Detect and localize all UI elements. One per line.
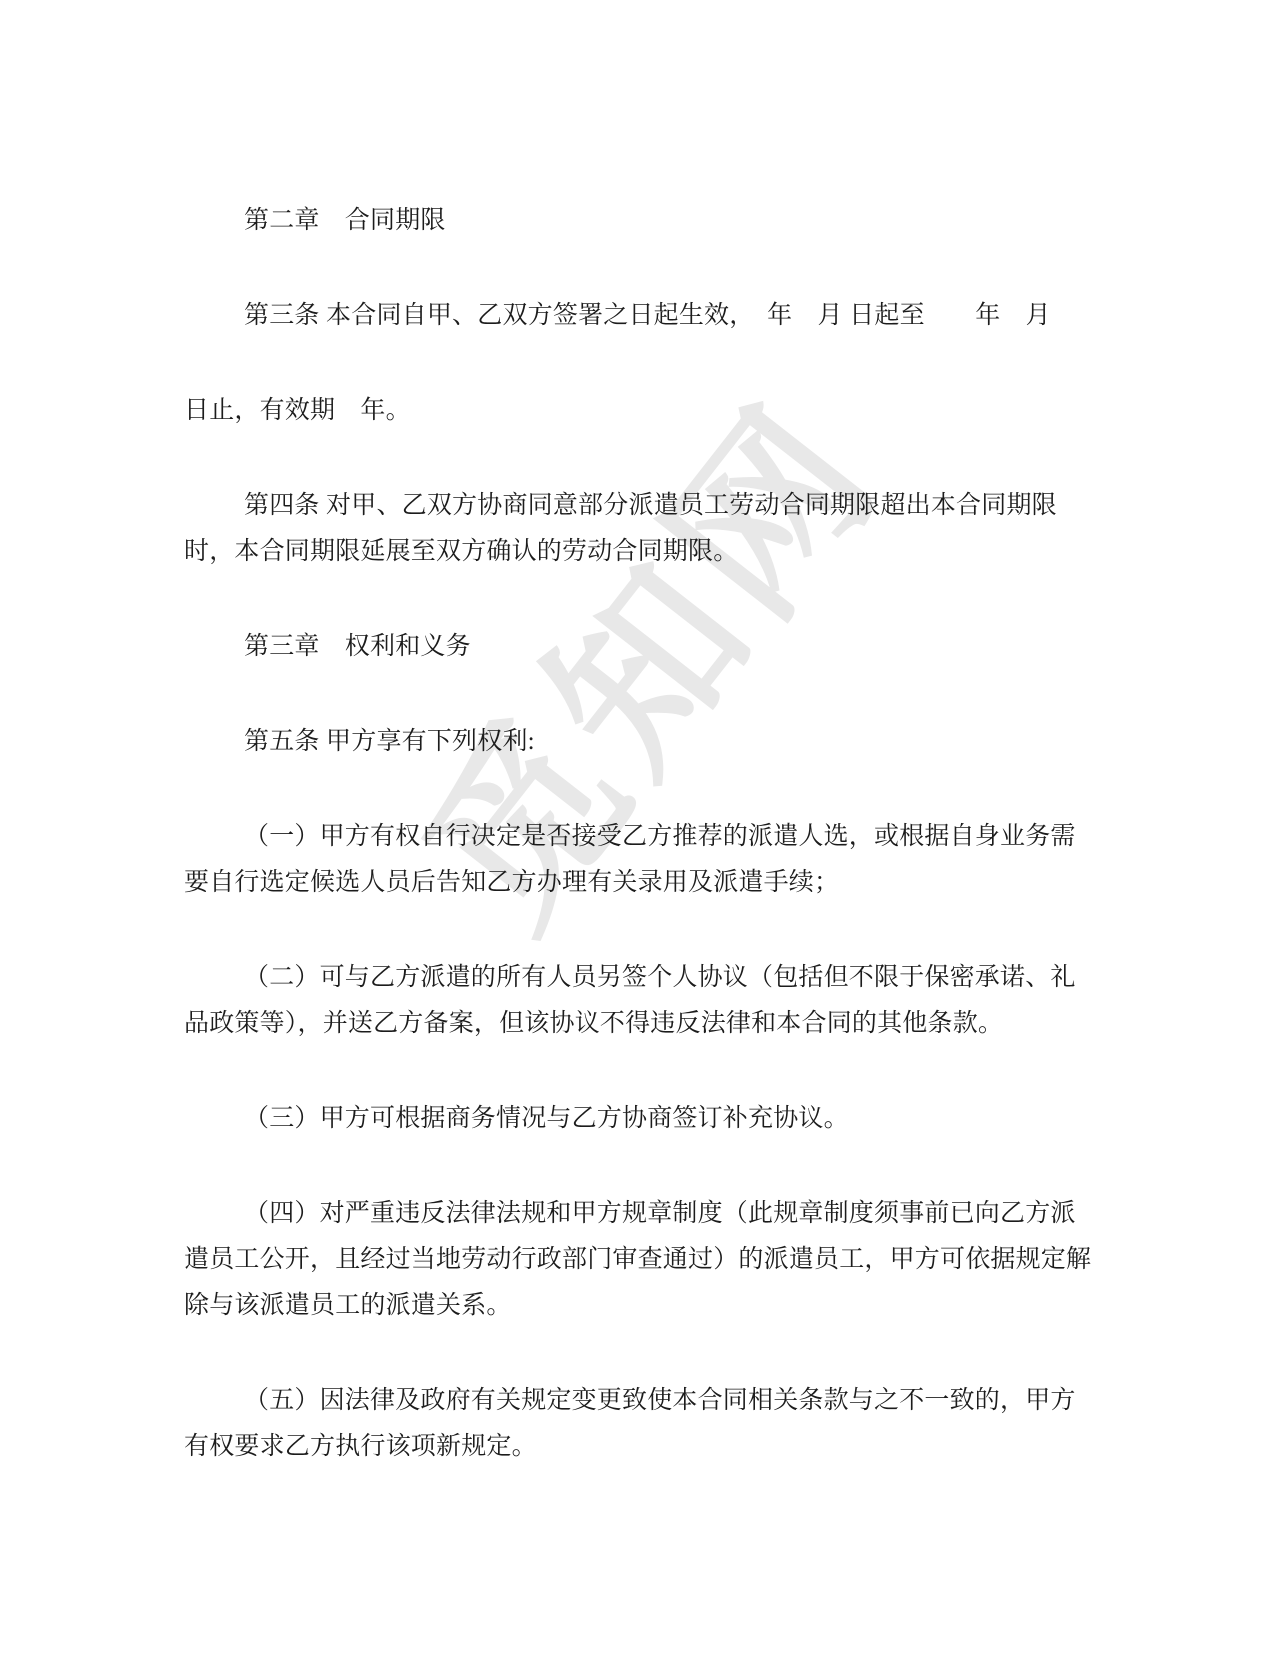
text-line: 要自行选定候选人员后告知乙方办理有关录用及派遣手续； bbox=[184, 860, 1124, 906]
text-line: 第三章 权利和义务 bbox=[184, 624, 1124, 670]
text-line: 第四条 对甲、乙双方协商同意部分派遣员工劳动合同期限超出本合同期限 bbox=[184, 483, 1124, 529]
text-line: （四）对严重违反法律法规和甲方规章制度（此规章制度须事前已向乙方派 bbox=[184, 1191, 1124, 1237]
text-line: 第五条 甲方享有下列权利: bbox=[184, 719, 1124, 765]
text-line: 日止，有效期 年。 bbox=[184, 388, 1124, 434]
text-line: 第二章 合同期限 bbox=[184, 198, 1124, 244]
text-line: 品政策等），并送乙方备案，但该协议不得违反法律和本合同的其他条款。 bbox=[184, 1001, 1124, 1047]
text-line: 第三条 本合同自甲、乙双方签署之日起生效， 年 月 日起至 年 月 bbox=[184, 293, 1124, 339]
paragraph: 日止，有效期 年。 bbox=[184, 388, 1124, 434]
paragraph: 第三条 本合同自甲、乙双方签署之日起生效， 年 月 日起至 年 月 bbox=[184, 293, 1124, 339]
text-line: （五）因法律及政府有关规定变更致使本合同相关条款与之不一致的，甲方 bbox=[184, 1378, 1124, 1424]
text-line: 时，本合同期限延展至双方确认的劳动合同期限。 bbox=[184, 529, 1124, 575]
paragraph: 第三章 权利和义务 bbox=[184, 624, 1124, 670]
text-line: 除与该派遣员工的派遣关系。 bbox=[184, 1283, 1124, 1329]
paragraph: （五）因法律及政府有关规定变更致使本合同相关条款与之不一致的，甲方有权要求乙方执… bbox=[184, 1378, 1124, 1470]
paragraph: （一）甲方有权自行决定是否接受乙方推荐的派遣人选，或根据自身业务需要自行选定候选… bbox=[184, 814, 1124, 906]
paragraph: 第二章 合同期限 bbox=[184, 198, 1124, 244]
paragraph: （三）甲方可根据商务情况与乙方协商签订补充协议。 bbox=[184, 1096, 1124, 1142]
text-line: （一）甲方有权自行决定是否接受乙方推荐的派遣人选，或根据自身业务需 bbox=[184, 814, 1124, 860]
text-line: 遣员工公开，且经过当地劳动行政部门审查通过）的派遣员工，甲方可依据规定解 bbox=[184, 1237, 1124, 1283]
text-line: （三）甲方可根据商务情况与乙方协商签订补充协议。 bbox=[184, 1096, 1124, 1142]
text-line: （二）可与乙方派遣的所有人员另签个人协议（包括但不限于保密承诺、礼 bbox=[184, 955, 1124, 1001]
paragraph: 第五条 甲方享有下列权利: bbox=[184, 719, 1124, 765]
paragraph: 第四条 对甲、乙双方协商同意部分派遣员工劳动合同期限超出本合同期限时，本合同期限… bbox=[184, 483, 1124, 575]
paragraph: （四）对严重违反法律法规和甲方规章制度（此规章制度须事前已向乙方派遣员工公开，且… bbox=[184, 1191, 1124, 1329]
contract-page: 觅知网 第二章 合同期限第三条 本合同自甲、乙双方签署之日起生效， 年 月 日起… bbox=[0, 0, 1280, 1656]
text-line: 有权要求乙方执行该项新规定。 bbox=[184, 1424, 1124, 1470]
contract-body: 第二章 合同期限第三条 本合同自甲、乙双方签署之日起生效， 年 月 日起至 年 … bbox=[184, 198, 1124, 1470]
paragraph: （二）可与乙方派遣的所有人员另签个人协议（包括但不限于保密承诺、礼品政策等），并… bbox=[184, 955, 1124, 1047]
